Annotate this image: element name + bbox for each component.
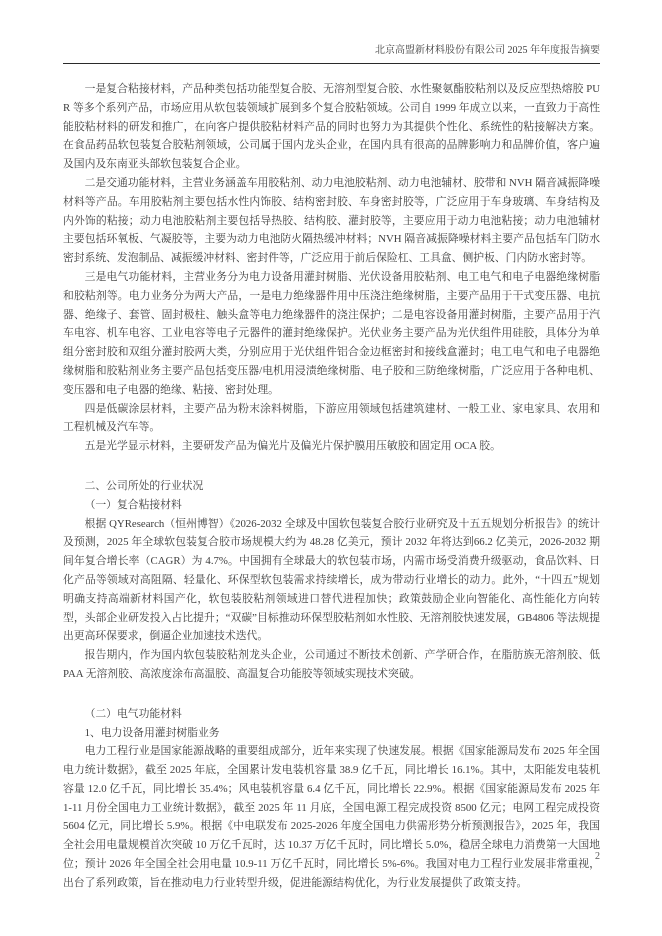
page-number: 2 bbox=[595, 851, 600, 862]
paragraph-transport-materials: 二是交通功能材料，主营业务涵盖车用胶粘剂、动力电池胶粘剂、动力电池辅材、胶带和 … bbox=[63, 174, 600, 268]
paragraph-composite-industry: 根据 QYResearch（恒州博智）《2026-2032 全球及中国软包装复合… bbox=[63, 515, 600, 647]
paragraph-optical-materials: 五是光学显示材料，主要研发产品为偏光片及偏光片保护膜用压敏胶和固定用 OCA 胶… bbox=[63, 437, 600, 456]
paragraph-coating-materials: 四是低碳涂层材料，主要产品为粉末涂料树脂，下游应用领域包括建筑建材、一般工业、家… bbox=[63, 400, 600, 438]
page-header: 北京高盟新材料股份有限公司 2025 年年度报告摘要 bbox=[63, 44, 600, 64]
report-page: 北京高盟新材料股份有限公司 2025 年年度报告摘要 一是复合粘接材料，产品种类… bbox=[0, 0, 662, 936]
subsection-heading-power-resin: 1、电力设备用灌封树脂业务 bbox=[63, 724, 600, 743]
paragraph-electrical-materials: 三是电气功能材料，主营业务分为电力设备用灌封树脂、光伏设备用胶粘剂、电工电气和电… bbox=[63, 268, 600, 400]
paragraph-power-industry: 电力工程行业是国家能源战略的重要组成部分，近年来实现了快速发展。根据《国家能源局… bbox=[63, 742, 600, 892]
section-heading-industry-overview: 二、公司所处的行业状况 bbox=[63, 477, 600, 496]
document-body: 一是复合粘接材料，产品种类包括功能型复合胶、无溶剂型复合胶、水性聚氨酯胶粘剂以及… bbox=[63, 80, 600, 893]
paragraph-report-period: 报告期内，作为国内软包装胶粘剂龙头企业，公司通过不断技术创新、产学研合作，在脂肪… bbox=[63, 646, 600, 684]
subsection-heading-electrical: （二）电气功能材料 bbox=[63, 705, 600, 724]
paragraph-composite-materials: 一是复合粘接材料，产品种类包括功能型复合胶、无溶剂型复合胶、水性聚氨酯胶粘剂以及… bbox=[63, 80, 600, 174]
header-title: 北京高盟新材料股份有限公司 2025 年年度报告摘要 bbox=[375, 45, 600, 56]
subsection-heading-composite: （一）复合粘接材料 bbox=[63, 496, 600, 515]
